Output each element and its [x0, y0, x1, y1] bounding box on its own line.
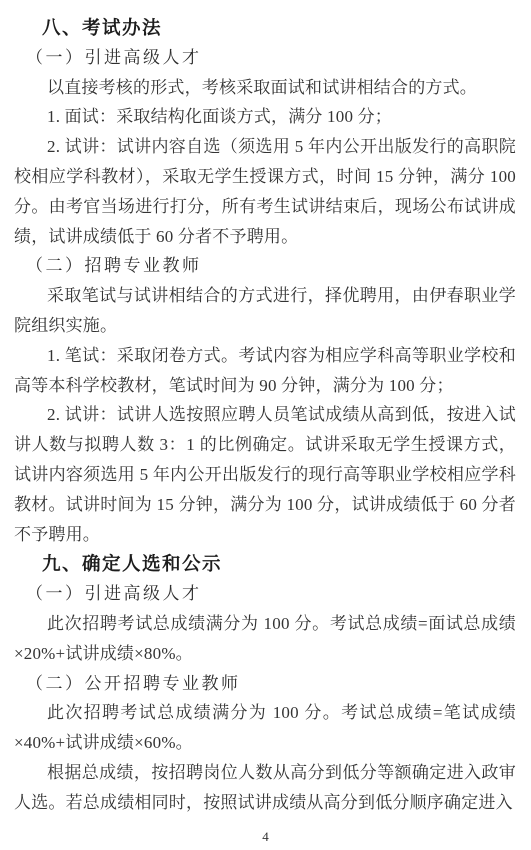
paragraph: 1. 面试：采取结构化面谈方式，满分 100 分；: [14, 102, 516, 132]
document-body: 八、考试办法（一）引进高级人才以直接考核的形式，考核采取面试和试讲相结合的方式。…: [14, 13, 516, 818]
paragraph: 此次招聘考试总成绩满分为 100 分。考试总成绩=笔试成绩×40%+试讲成绩×6…: [14, 698, 516, 758]
section-heading: 九、确定人选和公示: [14, 549, 516, 579]
document-page: 八、考试办法（一）引进高级人才以直接考核的形式，考核采取面试和试讲相结合的方式。…: [0, 0, 531, 850]
section-heading: 八、考试办法: [14, 13, 516, 43]
paragraph: 2. 试讲：试讲人选按照应聘人员笔试成绩从高到低，按进入试讲人数与拟聘人数 3：…: [14, 400, 516, 549]
sub-section-heading: （二）招聘专业教师: [14, 251, 516, 281]
paragraph: 此次招聘考试总成绩满分为 100 分。考试总成绩=面试总成绩×20%+试讲成绩×…: [14, 609, 516, 669]
paragraph: 采取笔试与试讲相结合的方式进行，择优聘用，由伊春职业学院组织实施。: [14, 281, 516, 341]
paragraph: 根据总成绩，按招聘岗位人数从高分到低分等额确定进入政审人选。若总成绩相同时，按照…: [14, 758, 516, 818]
sub-section-heading: （一）引进高级人才: [14, 43, 516, 73]
paragraph: 以直接考核的形式，考核采取面试和试讲相结合的方式。: [14, 73, 516, 103]
sub-section-heading: （一）引进高级人才: [14, 579, 516, 609]
page-number: 4: [0, 829, 531, 845]
paragraph: 2. 试讲：试讲内容自选（须选用 5 年内公开出版发行的高职院校相应学科教材），…: [14, 132, 516, 251]
paragraph: 1. 笔试：采取闭卷方式。考试内容为相应学科高等职业学校和高等本科学校教材，笔试…: [14, 341, 516, 401]
sub-section-heading: （二）公开招聘专业教师: [14, 669, 516, 699]
